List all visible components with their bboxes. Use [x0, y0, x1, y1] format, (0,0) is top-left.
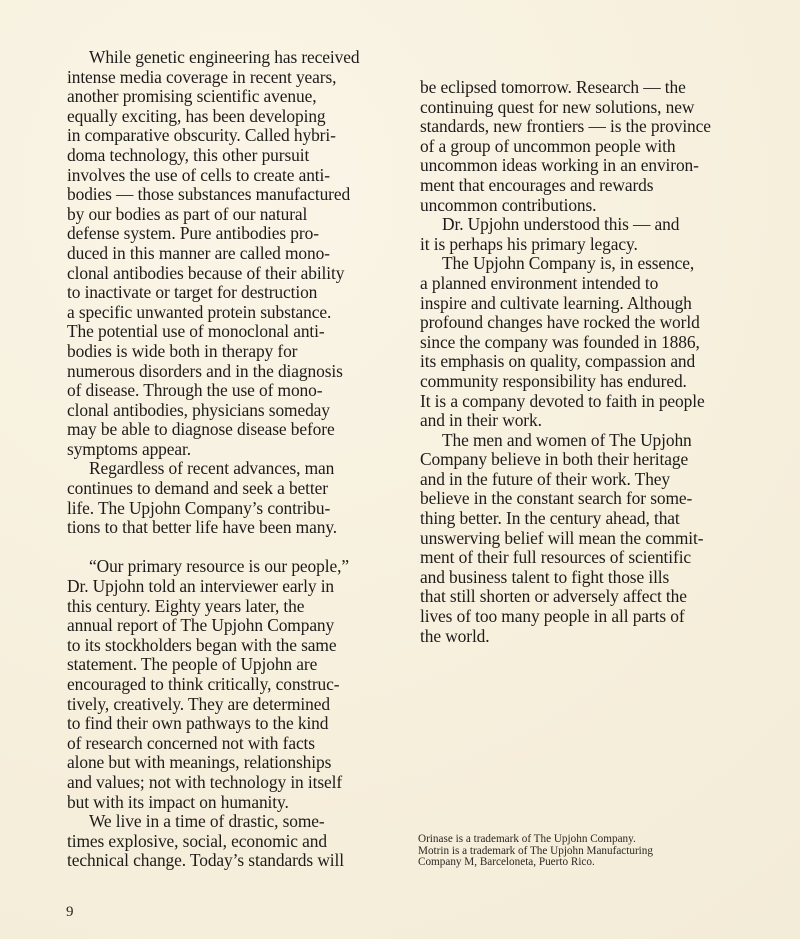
- text-line: standards, new frontiers — is the provin…: [420, 117, 760, 137]
- text-line: lives of too many people in all parts of: [420, 607, 760, 627]
- text-line: since the company was founded in 1886,: [420, 333, 760, 353]
- text-line: thing better. In the century ahead, that: [420, 509, 760, 529]
- text-line: numerous disorders and in the diagnosis: [67, 362, 402, 382]
- text-line: While genetic engineering has received: [67, 48, 402, 68]
- text-line: clonal antibodies, physicians someday: [67, 401, 402, 421]
- text-line: a specific unwanted protein substance.: [67, 303, 402, 323]
- text-line: bodies — those substances manufactured: [67, 185, 402, 205]
- text-line: Dr. Upjohn told an interviewer early in: [67, 577, 402, 597]
- left-column: While genetic engineering has received i…: [67, 48, 402, 871]
- text-line: may be able to diagnose disease before: [67, 420, 402, 440]
- text-line: doma technology, this other pursuit: [67, 146, 402, 166]
- text-line: a planned environment intended to: [420, 274, 760, 294]
- text-line: technical change. Today’s standards will: [67, 851, 402, 871]
- text-line: continues to demand and seek a better: [67, 479, 402, 499]
- text-line: We live in a time of drastic, some-: [67, 812, 402, 832]
- footnote-line: Company M, Barceloneta, Puerto Rico.: [418, 857, 718, 869]
- paragraph-legacy: Dr. Upjohn understood this — and it is p…: [420, 215, 760, 254]
- text-line: be eclipsed tomorrow. Research — the: [420, 78, 760, 98]
- text-line: in comparative obscurity. Called hybri-: [67, 126, 402, 146]
- text-line: to its stockholders began with the same: [67, 636, 402, 656]
- paragraph-research: be eclipsed tomorrow. Research — the con…: [420, 78, 760, 215]
- text-line: ment of their full resources of scientif…: [420, 548, 760, 568]
- section-break: [67, 538, 402, 558]
- text-line: symptoms appear.: [67, 440, 402, 460]
- text-line: its emphasis on quality, compassion and: [420, 352, 760, 372]
- paragraph-primary-resource: “Our primary resource is our people,” Dr…: [67, 557, 402, 812]
- text-line: and values; not with technology in itsel…: [67, 773, 402, 793]
- text-line: annual report of The Upjohn Company: [67, 616, 402, 636]
- text-line: bodies is wide both in therapy for: [67, 342, 402, 362]
- paragraph-men-and-women: The men and women of The Upjohn Company …: [420, 431, 760, 647]
- text-line: and business talent to fight those ills: [420, 568, 760, 588]
- text-line: this century. Eighty years later, the: [67, 597, 402, 617]
- text-line: profound changes have rocked the world: [420, 313, 760, 333]
- text-line: that still shorten or adversely affect t…: [420, 587, 760, 607]
- text-line: Regardless of recent advances, man: [67, 459, 402, 479]
- text-line: of research concerned not with facts: [67, 734, 402, 754]
- text-line: tively, creatively. They are determined: [67, 695, 402, 715]
- text-line: equally exciting, has been developing: [67, 107, 402, 127]
- text-line: and in their work.: [420, 411, 760, 431]
- text-line: duced in this manner are called mono-: [67, 244, 402, 264]
- paragraph-genetic-engineering: While genetic engineering has received i…: [67, 48, 402, 459]
- text-line: inspire and cultivate learning. Although: [420, 294, 760, 314]
- text-line: The Upjohn Company is, in essence,: [420, 254, 760, 274]
- text-line: intense media coverage in recent years,: [67, 68, 402, 88]
- text-line: The potential use of monoclonal anti-: [67, 322, 402, 342]
- text-line: uncommon ideas working in an environ-: [420, 156, 760, 176]
- text-line: alone but with meanings, relationships: [67, 753, 402, 773]
- text-line: ment that encourages and rewards: [420, 176, 760, 196]
- text-line: to find their own pathways to the kind: [67, 714, 402, 734]
- text-line: another promising scientific avenue,: [67, 87, 402, 107]
- text-line: of disease. Through the use of mono-: [67, 381, 402, 401]
- text-line: and in the future of their work. They: [420, 470, 760, 490]
- text-line: “Our primary resource is our people,”: [67, 557, 402, 577]
- paragraph-planned-environment: The Upjohn Company is, in essence, a pla…: [420, 254, 760, 430]
- page-number: 9: [66, 904, 74, 921]
- text-line: uncommon contributions.: [420, 196, 760, 216]
- paragraph-better-life: Regardless of recent advances, man conti…: [67, 459, 402, 537]
- text-line: by our bodies as part of our natural: [67, 205, 402, 225]
- text-line: to inactivate or target for destruction: [67, 283, 402, 303]
- text-line: It is a company devoted to faith in peop…: [420, 392, 760, 412]
- text-line: times explosive, social, economic and: [67, 832, 402, 852]
- text-line: The men and women of The Upjohn: [420, 431, 760, 451]
- trademark-footnote: Orinase is a trademark of The Upjohn Com…: [418, 834, 718, 869]
- text-line: defense system. Pure antibodies pro-: [67, 224, 402, 244]
- footnote-line: Orinase is a trademark of The Upjohn Com…: [418, 834, 718, 846]
- text-line: Dr. Upjohn understood this — and: [420, 215, 760, 235]
- text-line: Company believe in both their heritage: [420, 450, 760, 470]
- text-line: life. The Upjohn Company’s contribu-: [67, 499, 402, 519]
- text-line: involves the use of cells to create anti…: [67, 166, 402, 186]
- text-line: of a group of uncommon people with: [420, 137, 760, 157]
- text-line: clonal antibodies because of their abili…: [67, 264, 402, 284]
- text-line: it is perhaps his primary legacy.: [420, 235, 760, 255]
- text-line: believe in the constant search for some-: [420, 489, 760, 509]
- text-line: statement. The people of Upjohn are: [67, 655, 402, 675]
- right-column: be eclipsed tomorrow. Research — the con…: [420, 78, 760, 646]
- text-line: unswerving belief will mean the commit-: [420, 529, 760, 549]
- text-line: encouraged to think critically, construc…: [67, 675, 402, 695]
- text-line: the world.: [420, 627, 760, 647]
- paragraph-drastic-change: We live in a time of drastic, some- time…: [67, 812, 402, 871]
- text-line: but with its impact on humanity.: [67, 793, 402, 813]
- text-line: community responsibility has endured.: [420, 372, 760, 392]
- text-line: tions to that better life have been many…: [67, 518, 402, 538]
- text-line: continuing quest for new solutions, new: [420, 98, 760, 118]
